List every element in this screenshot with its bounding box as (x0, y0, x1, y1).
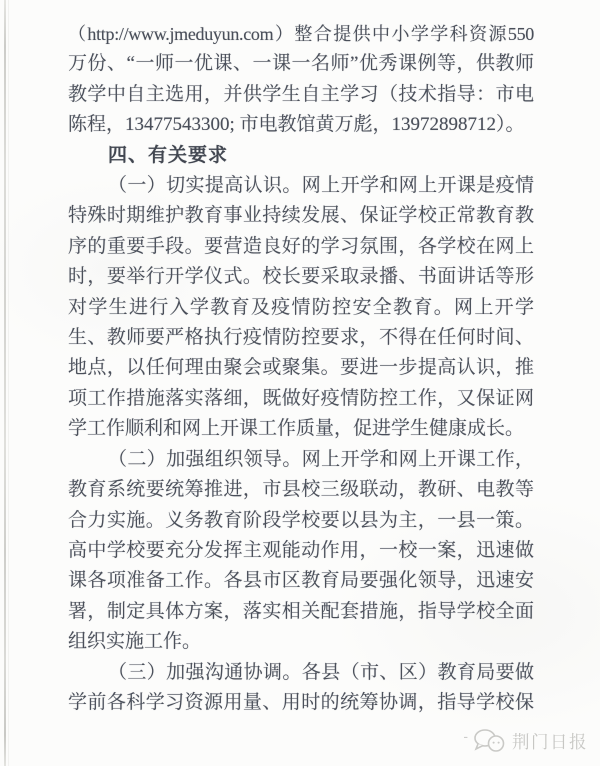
document-text-block: （http://www.jmeduyun.com）整合提供中小学学科资源550 … (68, 19, 534, 718)
document-line: 对学生进行入学教育及疫情防控安全教育。网上开学后，学 (68, 293, 534, 323)
document-line: 时，要举行开学仪式。校长要采取录播、书面讲话等形式， (68, 262, 534, 292)
document-line: 组织实施工作。 (68, 627, 534, 657)
document-line: 陈程，13477543300; 市电教馆黄万彪，13972898712）。 (68, 110, 534, 140)
document-line: 万份、“一师一优课、一课一名师”优秀课例等，供教师在 (68, 49, 534, 79)
document-line: 地点，以任何理由聚会或聚集。要进一步提高认识，推进各 (68, 353, 534, 383)
scan-edge-line-faint (8, 0, 9, 766)
document-line: 署，制定具体方案，落实相关配套措施，指导学校全面做好 (68, 597, 534, 627)
document-line: 教学中自主选用，并供学生自主学习（技术指导：市电教馆 (68, 80, 534, 110)
document-line: 生、教师要严格执行疫情防控要求，不得在任何时间、任何 (68, 323, 534, 353)
watermark-label: 荆门日报 (512, 729, 588, 754)
section-heading: 四、有关要求 (68, 141, 534, 171)
document-line: （二）加强组织领导。网上开学和网上开课工作，全市 (68, 445, 534, 475)
document-line: 项工作措施落实落细，既做好疫情防控工作，又保证网上开 (68, 384, 534, 414)
document-line: 合力实施。义务教育阶段学校要以县为主，一县一策。普通 (68, 506, 534, 536)
watermark: - 荆门日报 (463, 727, 588, 755)
document-line: （一）切实提高认识。网上开学和网上开课是疫情防控 (68, 171, 534, 201)
document-line: 教育系统要统筹推进，市县校三级联动，教研、电教等部门 (68, 475, 534, 505)
scanned-document-page: （http://www.jmeduyun.com）整合提供中小学学科资源550 … (0, 0, 600, 766)
document-line: 课各项准备工作。各县市区教育局要强化领导，迅速安排部 (68, 566, 534, 596)
document-line: （三）加强沟通协调。各县（市、区）教育局要做好开 (68, 658, 534, 688)
document-line: 特殊时期维护教育事业持续发展、保证学校正常教育教学秩 (68, 201, 534, 231)
document-line: 学前各科学习资源用量、用时的统筹协调，指导学校保持正 (68, 688, 534, 718)
document-line: （http://www.jmeduyun.com）整合提供中小学学科资源550 (68, 19, 534, 49)
watermark-dash: - (463, 728, 468, 744)
jingmen-daily-logo-icon (473, 728, 507, 754)
document-line: 高中学校要充分发挥主观能动作用，一校一案，迅速做好开 (68, 536, 534, 566)
document-line: 学工作顺利和网上开课工作质量，促进学生健康成长。 (68, 414, 534, 444)
document-line: 序的重要手段。要营造良好的学习氛围，各学校在网上开学 (68, 232, 534, 262)
scan-edge-line (4, 0, 6, 766)
